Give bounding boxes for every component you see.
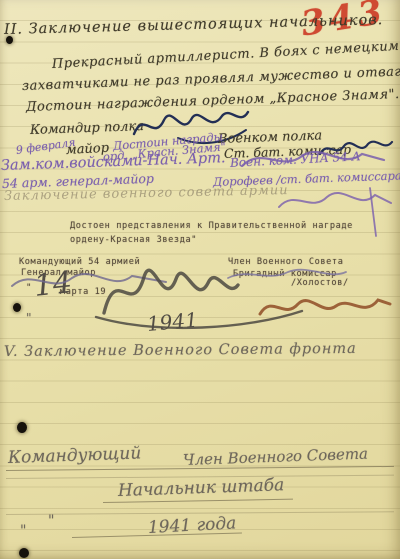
- army-commissar-signature: [238, 146, 388, 172]
- punch-hole-2: [13, 303, 21, 312]
- council-member-name: /Холостов/: [291, 278, 349, 288]
- section-front-heading: V. Заключение Военного Совета фронта: [4, 342, 357, 360]
- member-brown-signature: [252, 288, 397, 326]
- punch-hole-4: [19, 548, 29, 558]
- bottom-chief-of-staff-label: Начальник штаба: [118, 477, 285, 500]
- typed-conclusion-line-2: ордену-Красная Звезда": [70, 235, 197, 245]
- punch-hole-1: [6, 36, 13, 44]
- overlapping-purple-signature: [275, 185, 395, 215]
- document-page: 343 II. Заключение вышестоящих начальник…: [0, 0, 400, 559]
- stamp-title-left-1: Зам.ком.войсками-Нач. Арт.: [1, 151, 226, 173]
- handwritten-year: 1941: [146, 310, 198, 334]
- ditto-mark: ": [26, 312, 32, 324]
- punch-hole-3: [17, 422, 27, 433]
- bottom-quote-mark-1: ": [48, 514, 54, 528]
- bottom-member-label: Член Военного Совета: [183, 447, 368, 468]
- bottom-quote-mark-2: ": [20, 524, 26, 538]
- typed-conclusion-line-1: Достоен представления к Правительственно…: [70, 221, 353, 231]
- bottom-commander-label: Командующий: [8, 445, 142, 467]
